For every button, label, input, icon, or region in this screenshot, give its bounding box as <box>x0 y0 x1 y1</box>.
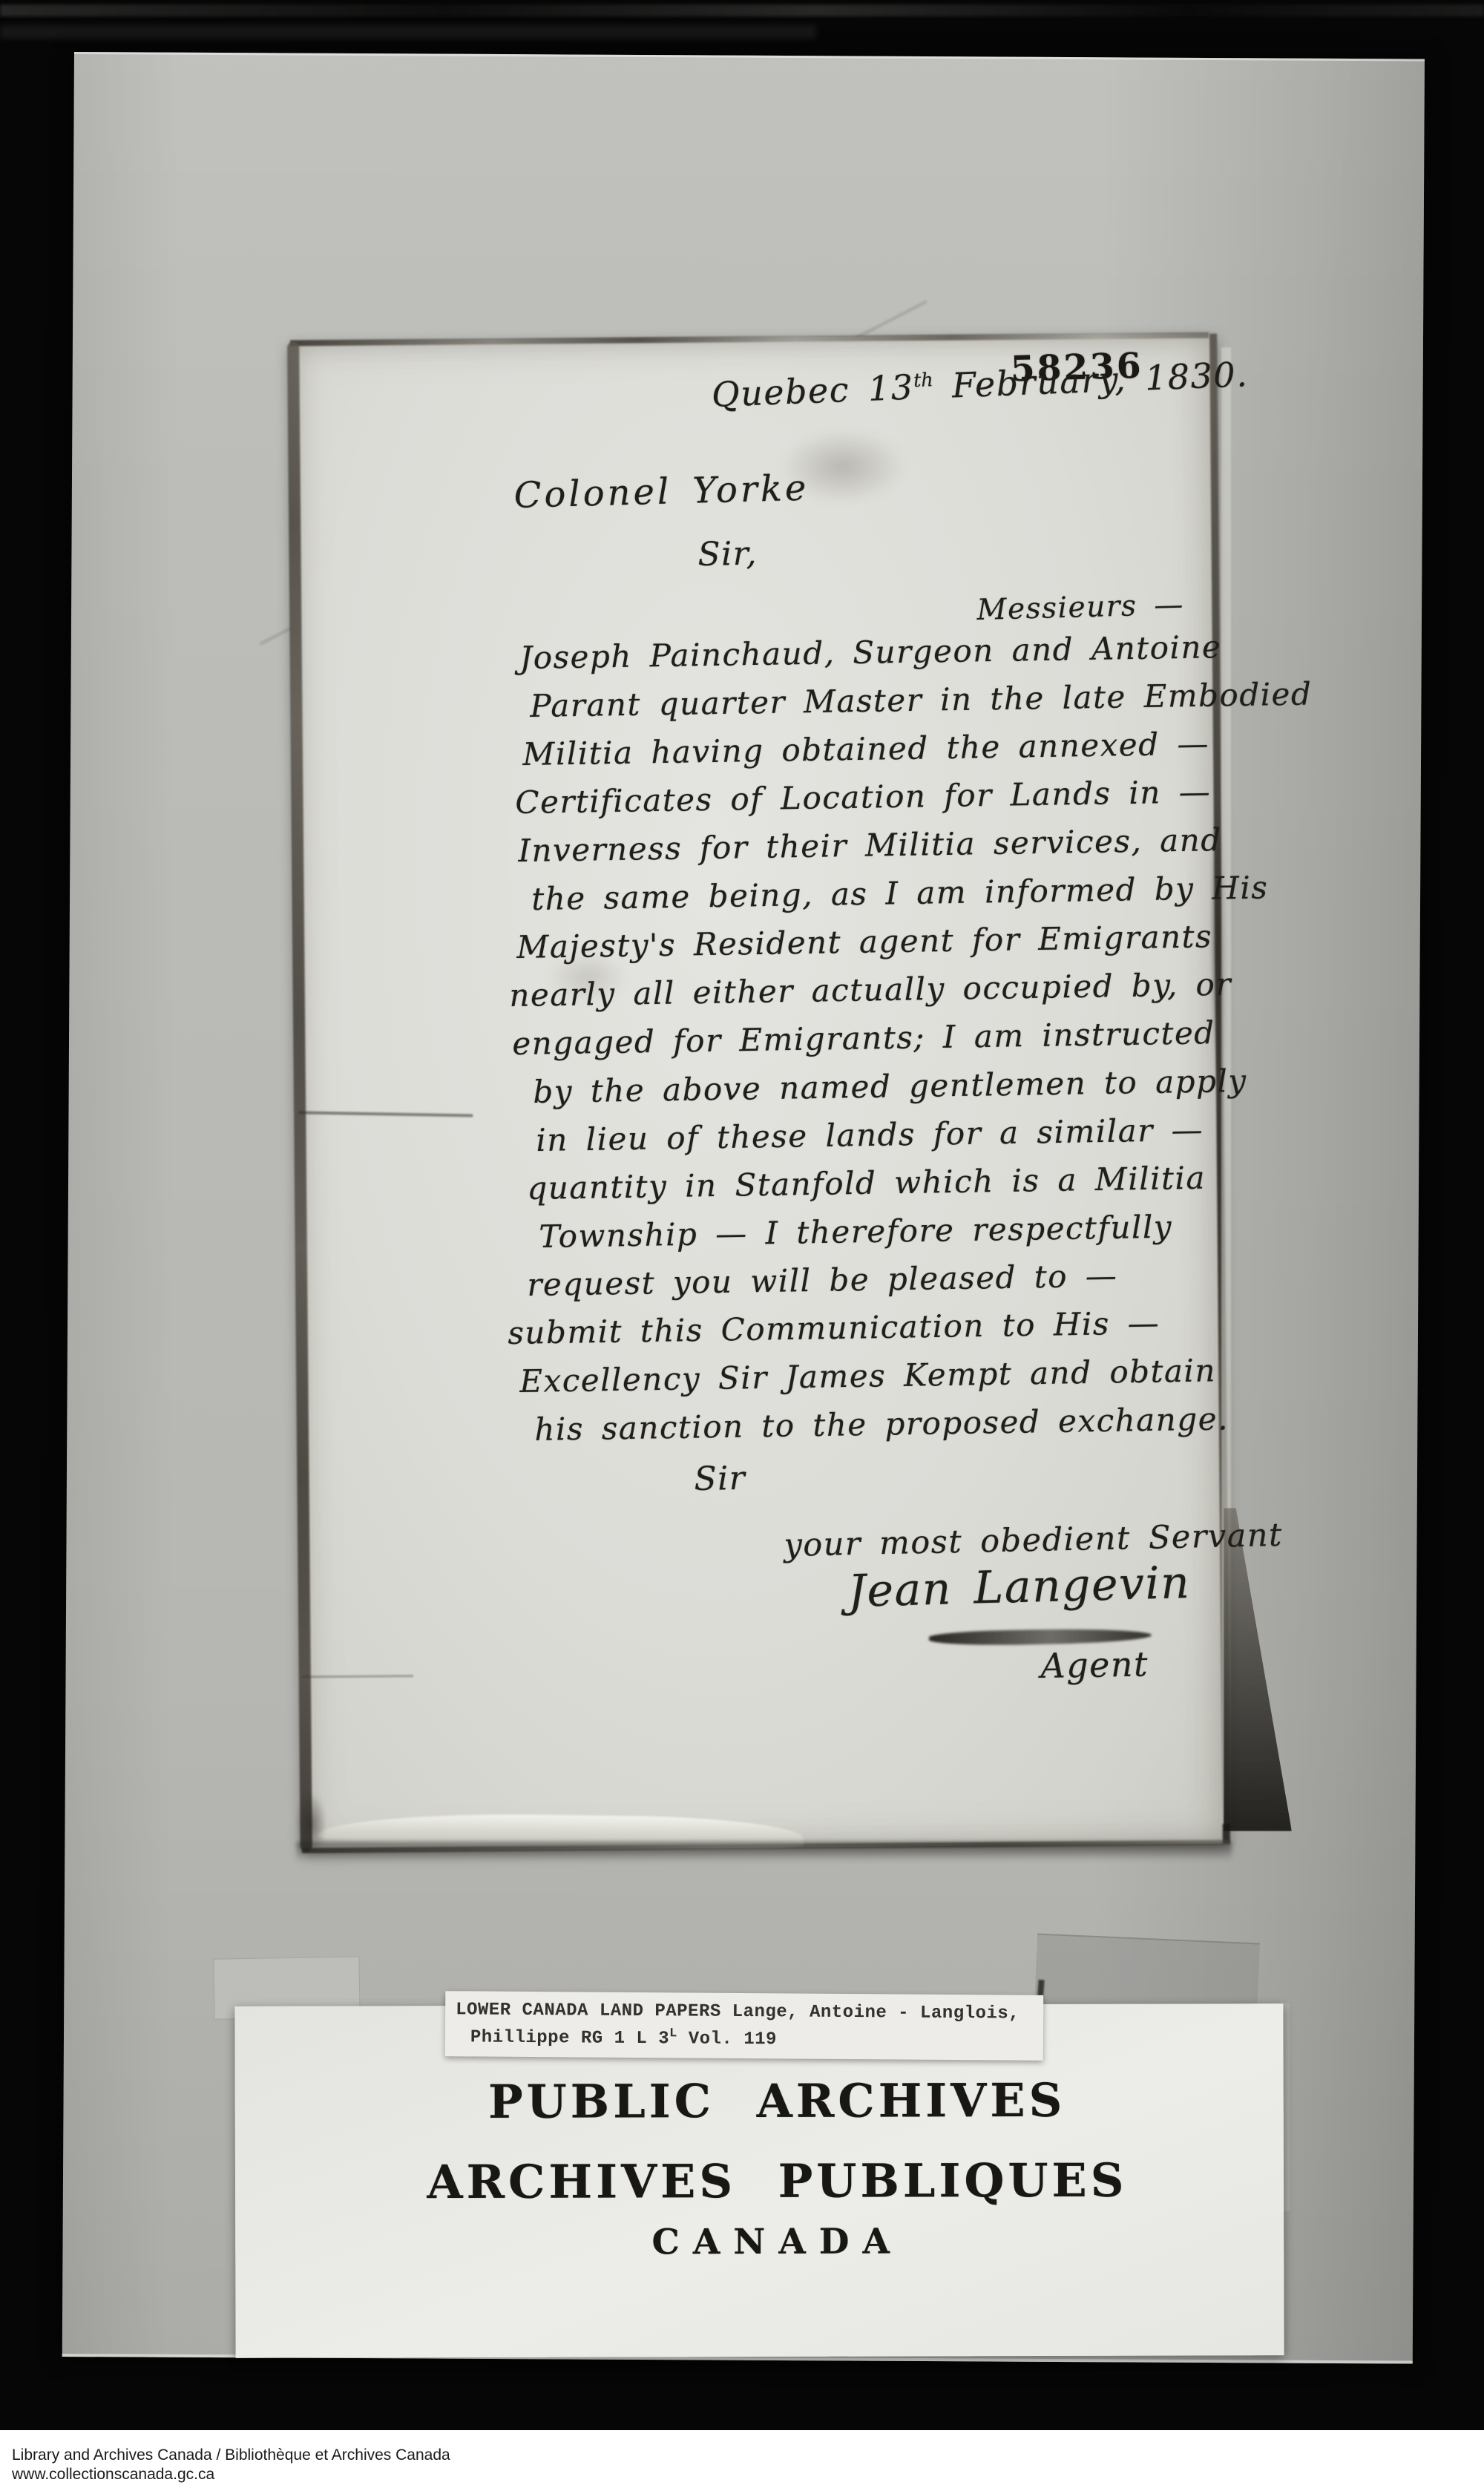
label-series-line: LOWER CANADA LAND PAPERS Lange, Antoine … <box>456 2000 1020 2024</box>
paper-crease <box>302 1675 413 1678</box>
dateline-text: Quebec 13 <box>711 367 915 415</box>
lac-url: www.collectionscanada.gc.ca <box>12 2466 214 2484</box>
paper-corner-shadow <box>295 1777 347 1855</box>
scanned-archive-page: 58236 Quebec 13th February, 1830. Colone… <box>0 0 1484 2491</box>
letter-recipient: Colonel Yorke <box>513 467 810 516</box>
film-scratch-streak <box>0 25 816 39</box>
film-scratch-streak <box>0 4 1484 16</box>
card-title-canada: CANADA <box>253 2220 1301 2264</box>
letter-heading-messieurs: Messieurs — <box>976 588 1184 627</box>
card-title-english: PUBLIC ARCHIVES <box>253 2072 1301 2130</box>
label-volume-sup: L <box>669 2026 677 2041</box>
card-title-french: ARCHIVES PUBLIQUES <box>253 2153 1301 2210</box>
letter-closing-salutation: Sir <box>694 1460 746 1498</box>
dateline-ordinal: th <box>913 369 934 391</box>
paper-crease <box>298 1111 473 1117</box>
label-volume-text: Phillippe RG 1 L 3 <box>470 2027 669 2049</box>
letter-signature-role: Agent <box>1040 1644 1149 1686</box>
lac-attribution: Library and Archives Canada / Bibliothèq… <box>12 2446 450 2464</box>
paper-drop-shadow <box>297 1842 1232 1861</box>
label-volume-text: Vol. 119 <box>677 2029 777 2049</box>
footer-bar: Library and Archives Canada / Bibliothèq… <box>0 2430 1484 2491</box>
label-volume-line: Phillippe RG 1 L 3L Vol. 119 <box>470 2025 777 2049</box>
letter-salutation: Sir, <box>697 535 758 574</box>
letter-signature: Jean Langevin <box>847 1557 1191 1618</box>
typed-reference-label: LOWER CANADA LAND PAPERS Lange, Antoine … <box>445 1991 1044 2061</box>
